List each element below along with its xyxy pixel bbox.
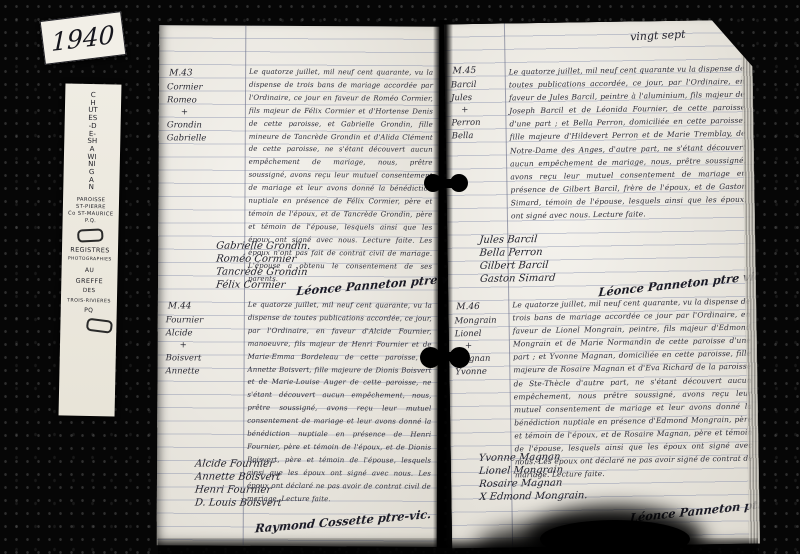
registry-line: DES <box>61 287 117 297</box>
spine-title-vertical: CHUTES-DE-SHAWINIGAN <box>86 92 98 192</box>
signature-line: Gilbert Barcil <box>479 259 556 273</box>
margin-name-line: Bella <box>452 129 504 143</box>
year-text: 1940 <box>51 19 115 56</box>
registry-line: AU <box>61 266 117 276</box>
signature-line: Bella Perron <box>479 246 556 260</box>
registry-line: PQ <box>61 306 117 316</box>
spine-label-strip: CHUTES-DE-SHAWINIGAN PAROISSE ST-PIERRE … <box>59 83 122 416</box>
registry-line: PHOTOGRAPHIES <box>62 255 118 265</box>
right-register-page: vingt sept M.45 Barcil Jules + Perron Be… <box>444 20 760 549</box>
page-number-handwritten: vingt sept <box>630 28 686 44</box>
signature-line: X Edmond Mongrain. <box>479 489 588 504</box>
registry-line: GREFFE <box>61 277 117 287</box>
entry-number: M.43 <box>169 68 193 78</box>
paperclip-icon-top <box>77 229 104 243</box>
margin-name-line: Alcide <box>166 327 242 340</box>
parish-block: PAROISSE ST-PIERRE Co ST-MAURICE P.Q. <box>63 197 120 226</box>
margin-name-line: Grondin <box>167 119 243 132</box>
entry-body-text-m45: Le quatorze juillet, mil neuf cent quara… <box>509 62 747 223</box>
margin-name-line: Gabrielle <box>167 132 243 145</box>
signatures-m44: Alcide Fournier Annette Boisvert Henri F… <box>195 457 282 509</box>
plus-mark: + <box>166 340 242 353</box>
parish-line: P.Q. <box>63 218 119 226</box>
signatures-m46: Yvonne Magnan Lionel Mongrain Rosaire Ma… <box>479 450 588 504</box>
margin-name-line: Lionel <box>455 327 511 341</box>
left-register-page: M.43 Cormier Romeo + Grondin Gabrielle L… <box>157 25 440 546</box>
year-label: 1940 <box>40 11 127 65</box>
margin-name-line: Cormier <box>167 81 243 94</box>
signature-line: Henri Fournier <box>194 483 282 496</box>
signature-line: Annette Boisvert <box>194 470 282 483</box>
entry-number: M.44 <box>168 301 192 311</box>
margin-name-line: Annette <box>166 365 242 378</box>
book-gutter <box>433 20 453 548</box>
signature-line: Jules Barcil <box>479 233 556 247</box>
registry-block: REGISTRES PHOTOGRAPHIES AU GREFFE DES TR… <box>61 246 118 316</box>
signature-line: Roméo Cormier <box>215 253 311 266</box>
bottom-shadow-strip <box>158 538 758 554</box>
officiant-signature-m44: Raymond Cossette ptre-vic. <box>254 507 432 536</box>
margin-note-m45: Barcil Jules + Perron Bella <box>451 79 504 143</box>
signature-line: Alcide Fournier <box>194 457 282 470</box>
margin-name-line: Mongrain <box>454 314 510 328</box>
binding-post-top <box>424 173 468 193</box>
entry-number: M.46 <box>456 302 480 312</box>
signature-line: Gabrielle Grondin. <box>215 240 311 253</box>
officiant-signature-m46: Léonce Panneton ptre vic. <box>629 494 797 525</box>
margin-name-line: Boisvert <box>166 352 242 365</box>
margin-note-m43: Cormier Romeo + Grondin Gabrielle <box>167 81 243 145</box>
entry-number: M.45 <box>453 66 477 76</box>
plus-mark: + <box>167 107 243 120</box>
margin-note-m44: Fournier Alcide + Boisvert Annette <box>166 314 242 378</box>
margin-name-line: Barcil <box>451 79 503 93</box>
microfilm-photo: 1940 CHUTES-DE-SHAWINIGAN PAROISSE ST-PI… <box>0 0 800 554</box>
margin-name-line: Perron <box>451 117 503 131</box>
paperclip-icon-bottom <box>86 318 113 334</box>
signature-line: Gaston Simard <box>479 272 556 286</box>
signatures-m45: Jules Barcil Bella Perron Gilbert Barcil… <box>479 233 555 286</box>
signature-line: Tancrède Grondin <box>215 266 311 279</box>
plus-mark: + <box>451 104 503 118</box>
margin-name-line: Fournier <box>166 314 242 327</box>
signature-line: D. Louis Boisvert <box>194 496 282 509</box>
margin-name-line: Jules <box>451 91 503 105</box>
binding-post-bottom <box>420 346 470 370</box>
margin-name-line: Romeo <box>167 94 243 107</box>
